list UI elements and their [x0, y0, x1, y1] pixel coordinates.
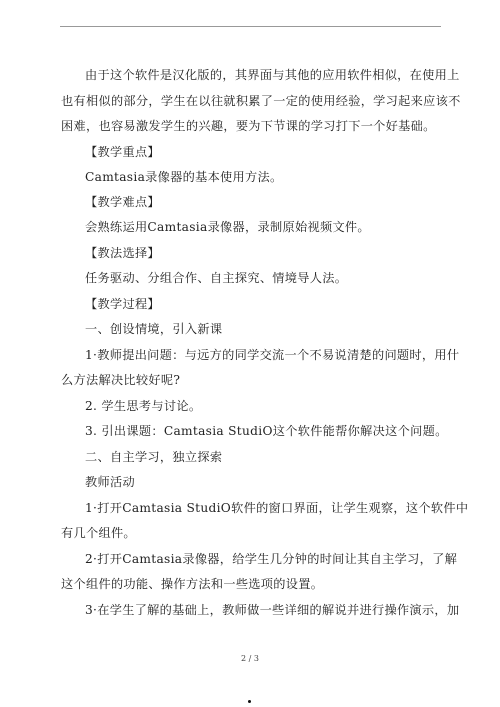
paragraph-line: 一、创设情境，引入新课 — [85, 320, 222, 337]
paragraph-line: 也有相似的部分，学生在以往就积累了一定的使用经验，学习起来应该不 — [61, 92, 461, 109]
section-heading: 【教法选择】 — [85, 244, 160, 261]
paragraph-line: 二、自主学习，独立探索 — [85, 448, 222, 465]
paragraph-line: 么方法解决比较好呢? — [61, 371, 180, 388]
paragraph-line: 会熟练运用Camtasia录像器，录制原始视频文件。 — [85, 218, 370, 235]
paragraph-line: 教师活动 — [85, 473, 135, 490]
paragraph-line: 2. 学生思考与讨论。 — [85, 397, 201, 414]
paragraph-line: 这个组件的功能、操作方法和一些选项的设置。 — [61, 575, 323, 592]
section-heading: 【教学过程】 — [85, 295, 160, 312]
paragraph-line: 任务驱动、分组合作、自主探究、情境导人法。 — [85, 269, 347, 286]
paragraph-line: 困难，也容易激发学生的兴趣，要为下节课的学习打下一个好基础。 — [61, 117, 436, 134]
paragraph-line: Camtasia录像器的基本使用方法。 — [85, 168, 283, 185]
paragraph-line: 由于这个软件是汉化版的，其界面与其他的应用软件相似，在使用上 — [85, 66, 460, 83]
paragraph-line: 1·教师提出问题：与远方的同学交流一个不易说清楚的问题时，用什 — [85, 346, 459, 363]
paragraph-line: 1·打开Camtasia StudiO软件的窗口界面，让学生观察，这个软件中 — [85, 499, 468, 516]
paragraph-line: 3. 引出课题：Camtasia StudiO这个软件能帮你解决这个问题。 — [85, 422, 448, 439]
paragraph-line: 2·打开Camtasia录像器，给学生几分钟的时间让其自主学习，了解 — [85, 550, 457, 567]
paragraph-line: 有几个组件。 — [61, 524, 136, 541]
page-number: 2 / 3 — [0, 654, 500, 663]
bullet-dot — [248, 700, 251, 703]
header-rule — [60, 26, 441, 27]
section-heading: 【教学重点】 — [85, 143, 160, 160]
paragraph-line: 3·在学生了解的基础上，教师做一些详细的解说并进行操作演示，加 — [85, 601, 459, 618]
section-heading: 【教学难点】 — [85, 193, 160, 210]
